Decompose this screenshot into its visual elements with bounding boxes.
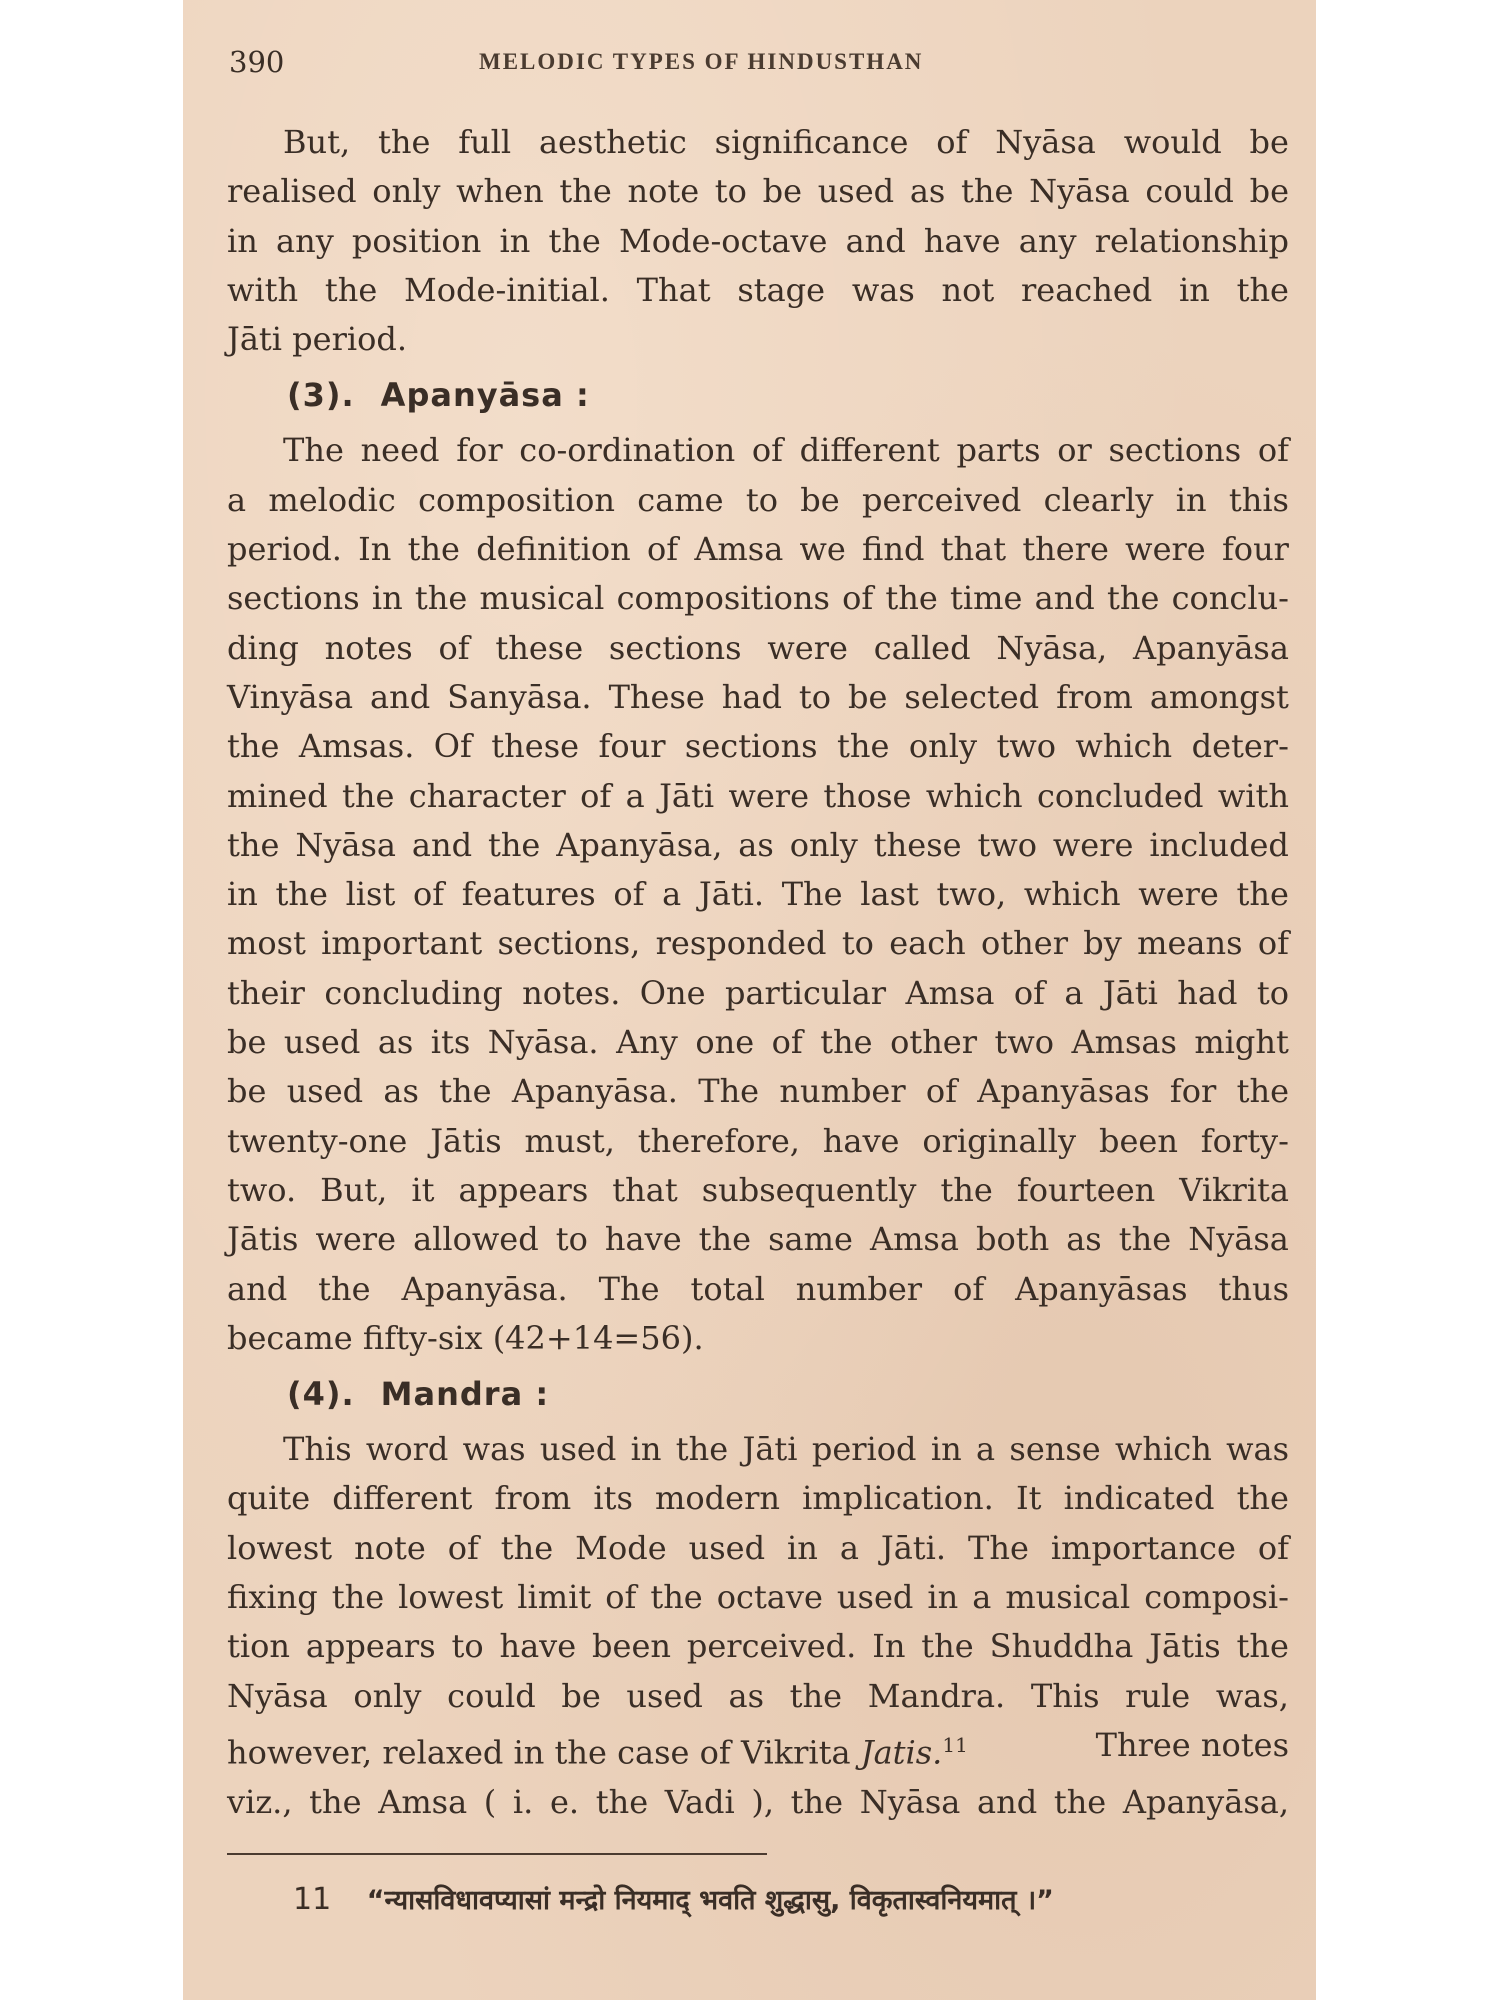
page-header: 390 MELODIC TYPES OF HINDUSTHAN (229, 42, 1276, 82)
text-line: inthelistoffeaturesofaJāti.Thelasttwo,wh… (227, 870, 1289, 919)
text-line: ThiswordwasusedintheJātiperiodinasensewh… (227, 1425, 1289, 1474)
section-number: (4). (287, 1375, 355, 1413)
text-line: theNyāsaandtheApanyāsa,asonlythesetwower… (227, 821, 1289, 870)
text-line: minedthecharacterofaJātiwerethosewhichco… (227, 772, 1289, 821)
text-line: beusedastheApanyāsa.ThenumberofApanyāsas… (227, 1067, 1289, 1116)
text-line: viz.,theAmsa(i.e.theVadi),theNyāsaandthe… (227, 1778, 1289, 1827)
text-line: amelodiccompositioncametobeperceivedclea… (227, 476, 1289, 525)
text-line: became fifty-six (42+14=56). (227, 1314, 1289, 1363)
page-body: But,thefullaestheticsignificanceofNyāsaw… (227, 118, 1289, 1827)
footnote-reference[interactable]: 11 (942, 1733, 967, 1757)
italic-term: Jatis. (861, 1734, 943, 1772)
section-number: (3). (287, 376, 355, 414)
text-line: Jāti period. (227, 315, 1289, 364)
footnote: 11 “न्यासविधावप्यासां मन्द्रो नियमाद् भव… (293, 1880, 1054, 1917)
text-line: twenty-oneJātismust,therefore,haveorigin… (227, 1117, 1289, 1166)
book-page: 390 MELODIC TYPES OF HINDUSTHAN But,thef… (183, 0, 1316, 2000)
text-line: inanypositionintheMode-octaveandhaveanyr… (227, 217, 1289, 266)
text-line: realisedonlywhenthenotetobeusedastheNyās… (227, 167, 1289, 216)
page-number: 390 (229, 45, 284, 79)
text-line: beusedasitsNyāsa.AnyoneoftheothertwoAmsa… (227, 1018, 1289, 1067)
section-title: Apanyāsa : (381, 376, 590, 414)
text-line: mostimportantsections,respondedtoeachoth… (227, 919, 1289, 968)
text-line: lowestnoteoftheModeusedinaJāti.Theimport… (227, 1524, 1289, 1573)
text-line: withtheMode-initial.Thatstagewasnotreach… (227, 266, 1289, 315)
section-title: Mandra : (381, 1375, 549, 1413)
text-line: dingnotesofthesesectionswerecalledNyāsa,… (227, 624, 1289, 673)
text-line: fixingthelowestlimitoftheoctaveusedinamu… (227, 1573, 1289, 1622)
text-line-with-footnote-ref: however, relaxed in the case of Vikrita … (227, 1721, 1289, 1778)
text-line: period.InthedefinitionofAmsawefindthatth… (227, 525, 1289, 574)
text-line: VinyāsaandSanyāsa.Thesehadtobeselectedfr… (227, 673, 1289, 722)
section-heading-apanyasa: (3).Apanyāsa : (227, 364, 1289, 426)
text-line: two.But,itappearsthatsubsequentlythefour… (227, 1166, 1289, 1215)
text-line: theAmsas.Ofthesefoursectionstheonlytwowh… (227, 722, 1289, 771)
paragraph-nyasa: But,thefullaestheticsignificanceofNyāsaw… (227, 118, 1289, 364)
text-line: Theneedforco-ordinationofdifferentpartso… (227, 426, 1289, 475)
text-line: theirconcludingnotes.OneparticularAmsaof… (227, 969, 1289, 1018)
section-heading-mandra: (4).Mandra : (227, 1363, 1289, 1425)
paragraph-mandra: ThiswordwasusedintheJātiperiodinasensewh… (227, 1425, 1289, 1827)
text-line: tionappearstohavebeenperceived.IntheShud… (227, 1622, 1289, 1671)
text-line: andtheApanyāsa.ThetotalnumberofApanyāsas… (227, 1265, 1289, 1314)
text-line: JātiswereallowedtohavethesameAmsabothast… (227, 1215, 1289, 1264)
footnote-number: 11 (293, 1882, 331, 1917)
text-line: But,thefullaestheticsignificanceofNyāsaw… (227, 118, 1289, 167)
paragraph-apanyasa: Theneedforco-ordinationofdifferentpartso… (227, 426, 1289, 1363)
text-line: NyāsaonlycouldbeusedastheMandra.Thisrule… (227, 1672, 1289, 1721)
text-line: quitedifferentfromitsmodernimplication.I… (227, 1474, 1289, 1523)
footnote-text: “न्यासविधावप्यासां मन्द्रो नियमाद् भवति … (367, 1885, 1054, 1916)
footnote-divider (227, 1853, 767, 1855)
running-head: MELODIC TYPES OF HINDUSTHAN (479, 49, 923, 75)
text-line: sectionsinthemusicalcompositionsofthetim… (227, 574, 1289, 623)
